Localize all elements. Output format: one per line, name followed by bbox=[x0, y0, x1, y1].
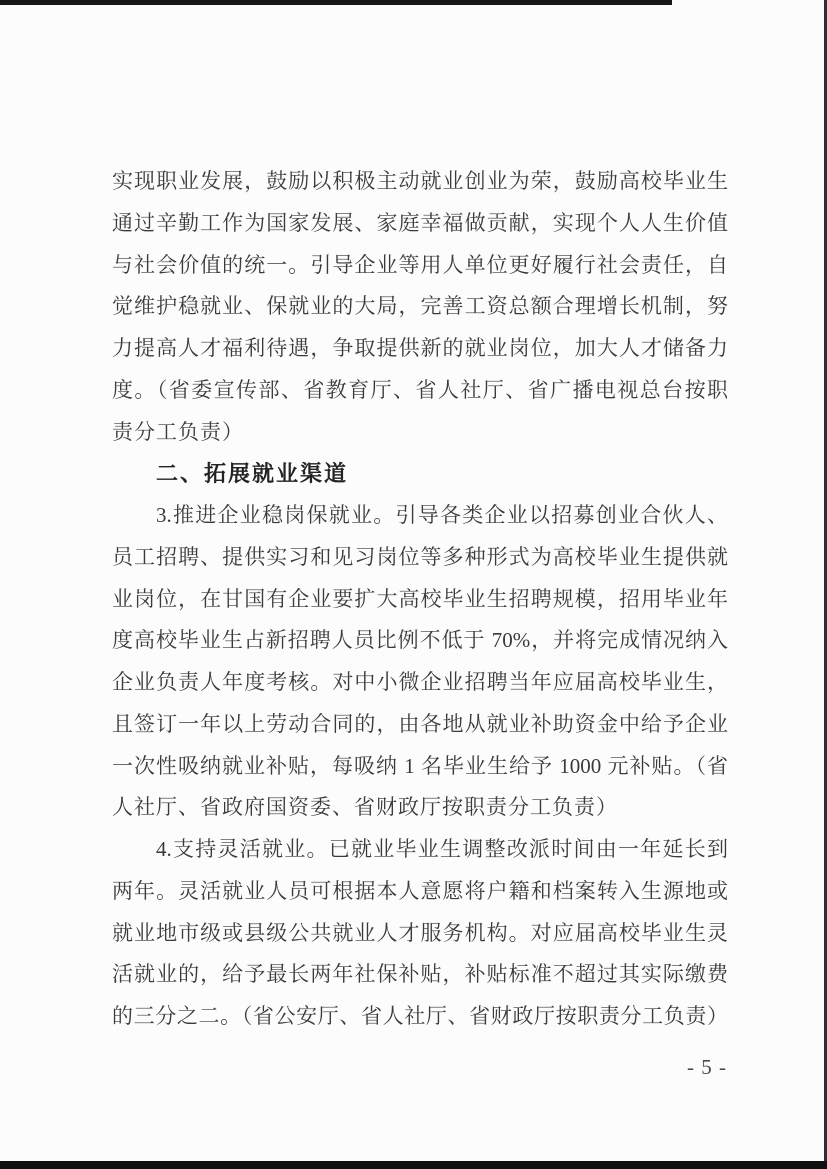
text-line: 责分工负责） bbox=[112, 412, 728, 454]
text-block: 实现职业发展，鼓励以积极主动就业创业为荣，鼓励高校毕业生通过辛勤工作为国家发展、… bbox=[112, 161, 728, 1038]
text-line: 力提高人才福利待遇，争取提供新的就业岗位，加大人才储备力 bbox=[112, 328, 728, 370]
text-line: 两年。灵活就业人员可根据本人意愿将户籍和档案转入生源地或 bbox=[112, 871, 728, 913]
document-page: 实现职业发展，鼓励以积极主动就业创业为荣，鼓励高校毕业生通过辛勤工作为国家发展、… bbox=[0, 0, 827, 1169]
section-heading: 二、拓展就业渠道 bbox=[112, 453, 728, 495]
text-line: 觉维护稳就业、保就业的大局，完善工资总额合理增长机制，努 bbox=[112, 286, 728, 328]
text-line: 业岗位，在甘国有企业要扩大高校毕业生招聘规模，招用毕业年 bbox=[112, 579, 728, 621]
text-line: 且签订一年以上劳动合同的，由各地从就业补助资金中给予企业 bbox=[112, 704, 728, 746]
text-line: 员工招聘、提供实习和见习岗位等多种形式为高校毕业生提供就 bbox=[112, 537, 728, 579]
page-number: - 5 - bbox=[687, 1054, 727, 1080]
text-line: 人社厅、省政府国资委、省财政厅按职责分工负责） bbox=[112, 787, 728, 829]
text-line: 实现职业发展，鼓励以积极主动就业创业为荣，鼓励高校毕业生 bbox=[112, 161, 728, 203]
text-line: 度。（省委宣传部、省教育厅、省人社厅、省广播电视总台按职 bbox=[112, 370, 728, 412]
scan-artifact-top bbox=[0, 0, 672, 5]
text-line: 4.支持灵活就业。已就业毕业生调整改派时间由一年延长到 bbox=[112, 829, 728, 871]
text-line: 通过辛勤工作为国家发展、家庭幸福做贡献，实现个人人生价值 bbox=[112, 203, 728, 245]
text-line: 活就业的，给予最长两年社保补贴，补贴标准不超过其实际缴费 bbox=[112, 954, 728, 996]
text-line: 与社会价值的统一。引导企业等用人单位更好履行社会责任，自 bbox=[112, 245, 728, 287]
text-line: 度高校毕业生占新招聘人员比例不低于 70%，并将完成情况纳入 bbox=[112, 620, 728, 662]
text-line: 3.推进企业稳岗保就业。引导各类企业以招募创业合伙人、 bbox=[112, 495, 728, 537]
text-line: 企业负责人年度考核。对中小微企业招聘当年应届高校毕业生， bbox=[112, 662, 728, 704]
text-line: 就业地市级或县级公共就业人才服务机构。对应届高校毕业生灵 bbox=[112, 913, 728, 955]
text-line: 的三分之二。（省公安厅、省人社厅、省财政厅按职责分工负责） bbox=[112, 996, 728, 1038]
text-line: 一次性吸纳就业补贴，每吸纳 1 名毕业生给予 1000 元补贴。（省 bbox=[112, 746, 728, 788]
scan-artifact-bottom bbox=[0, 1161, 827, 1169]
